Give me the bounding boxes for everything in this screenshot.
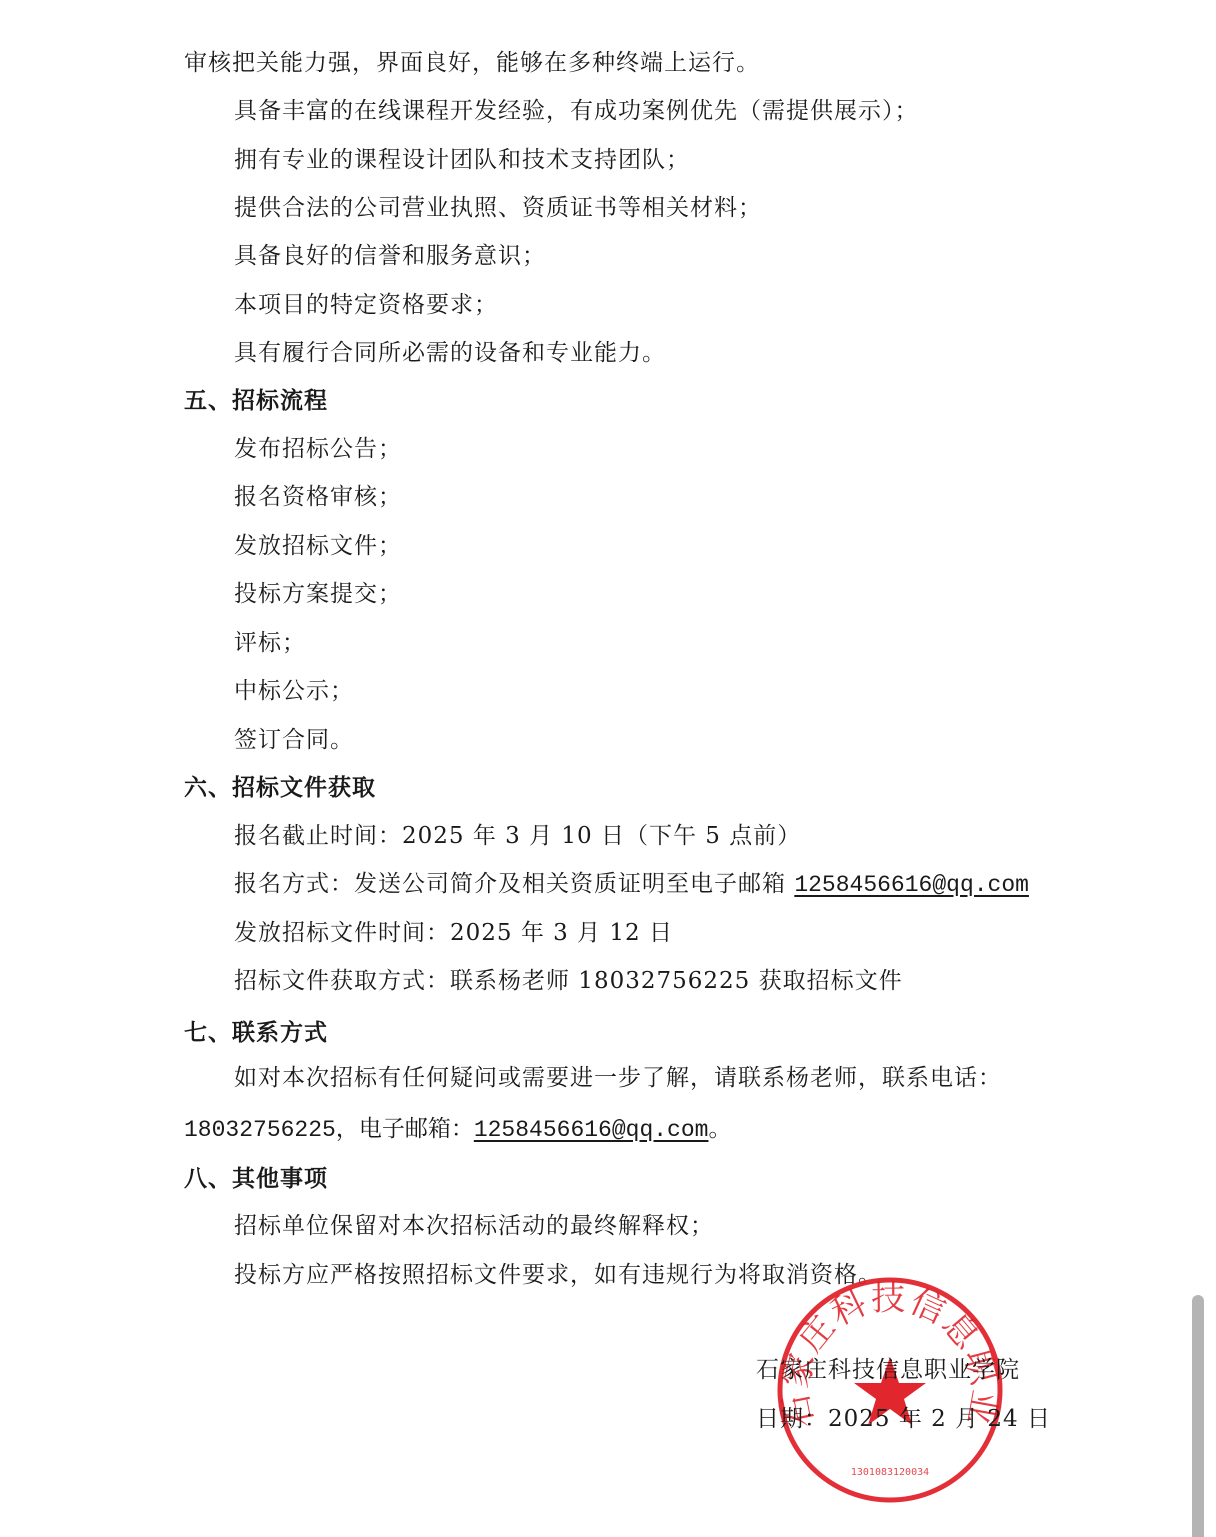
list-item: 发放招标文件； [234, 531, 402, 561]
paragraph: 审核把关能力强，界面良好，能够在多种终端上运行。 [184, 48, 760, 78]
email-link[interactable]: 1258456616@qq.com [474, 1117, 709, 1143]
signup-text: 报名方式：发送公司简介及相关资质证明至电子邮箱 [234, 871, 794, 897]
contact-phone: 18032756225，电子邮箱： [184, 1117, 474, 1143]
paragraph: 本项目的特定资格要求； [234, 290, 498, 320]
issue-date-text: 发放招标文件时间：2025 年 3 月 12 日 [234, 918, 673, 948]
section-heading: 五、招标流程 [184, 386, 328, 416]
list-item: 投标方案提交； [234, 579, 402, 609]
paragraph: 具备良好的信誉和服务意识； [234, 241, 546, 271]
list-item: 评标； [234, 628, 306, 658]
paragraph: 拥有专业的课程设计团队和技术支持团队； [234, 145, 690, 175]
contact-text: 如对本次招标有任何疑问或需要进一步了解，请联系杨老师，联系电话： [234, 1063, 1002, 1093]
paragraph: 具备丰富的在线课程开发经验，有成功案例优先（需提供展示）； [234, 96, 919, 126]
signup-method: 报名方式：发送公司简介及相关资质证明至电子邮箱 1258456616@qq.co… [234, 869, 1029, 900]
email-link[interactable]: 1258456616@qq.com [794, 872, 1029, 898]
section-heading: 六、招标文件获取 [184, 773, 376, 803]
section-heading: 七、联系方式 [184, 1018, 328, 1048]
period: 。 [708, 1116, 732, 1142]
signature-organization: 石家庄科技信息职业学院 [756, 1355, 1020, 1385]
list-item: 报名资格审核； [234, 482, 402, 512]
paragraph: 具有履行合同所必需的设备和专业能力。 [234, 338, 666, 368]
paragraph: 提供合法的公司营业执照、资质证书等相关材料； [234, 193, 762, 223]
contact-details: 18032756225，电子邮箱：1258456616@qq.com。 [184, 1114, 732, 1145]
list-item: 招标单位保留对本次招标活动的最终解释权； [234, 1211, 714, 1241]
section-heading: 八、其他事项 [184, 1164, 328, 1194]
obtain-method-text: 招标文件获取方式：联系杨老师 18032756225 获取招标文件 [234, 966, 903, 996]
scrollbar[interactable] [1192, 1295, 1204, 1537]
deadline-text: 报名截止时间：2025 年 3 月 10 日（下午 5 点前） [234, 821, 801, 851]
list-item: 发布招标公告； [234, 434, 402, 464]
official-seal-icon: 石家庄科技信息职业学院 1301083120034 [775, 1275, 1005, 1505]
list-item: 签订合同。 [234, 725, 354, 755]
svg-text:1301083120034: 1301083120034 [851, 1467, 929, 1478]
list-item: 中标公示； [234, 676, 354, 706]
signature-date: 日期：2025 年 2 月 24 日 [756, 1404, 1051, 1434]
